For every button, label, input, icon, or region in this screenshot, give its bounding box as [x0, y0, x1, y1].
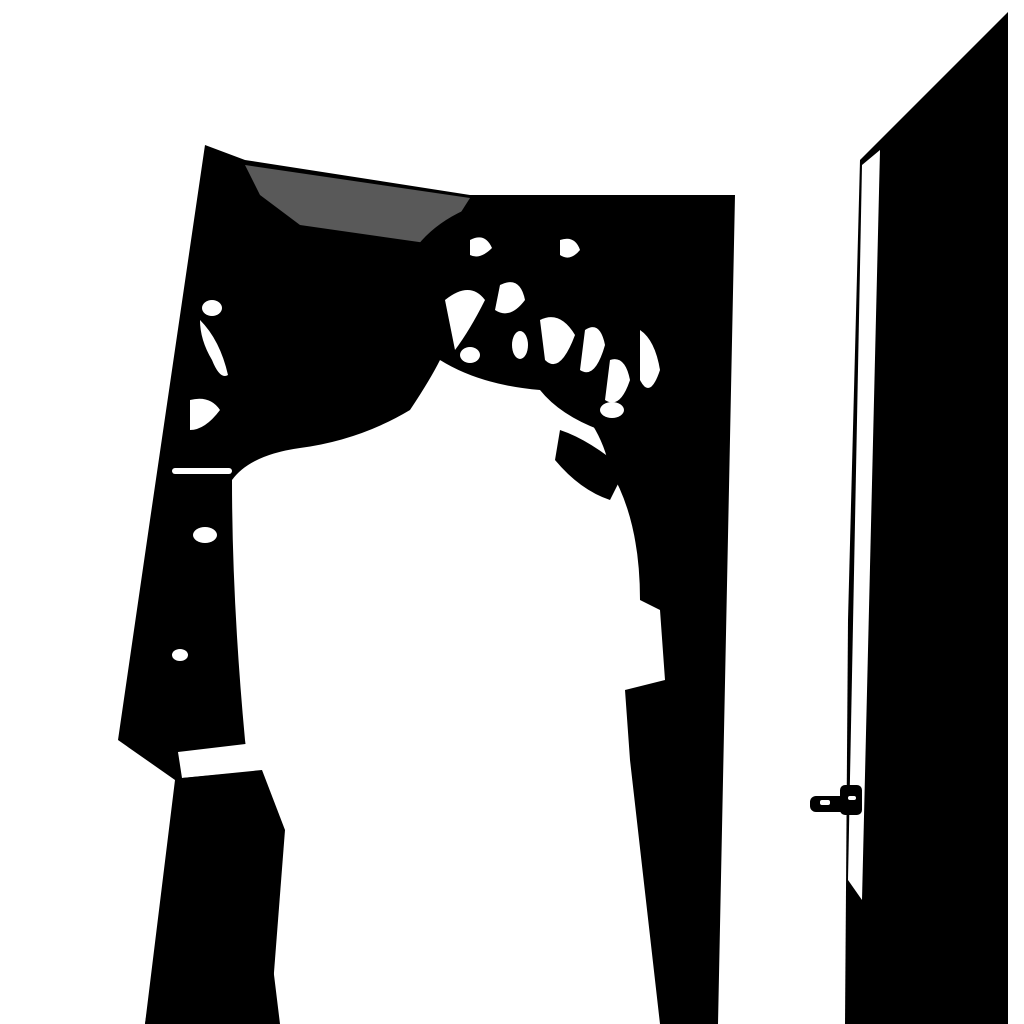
photo — [0, 0, 1024, 1024]
